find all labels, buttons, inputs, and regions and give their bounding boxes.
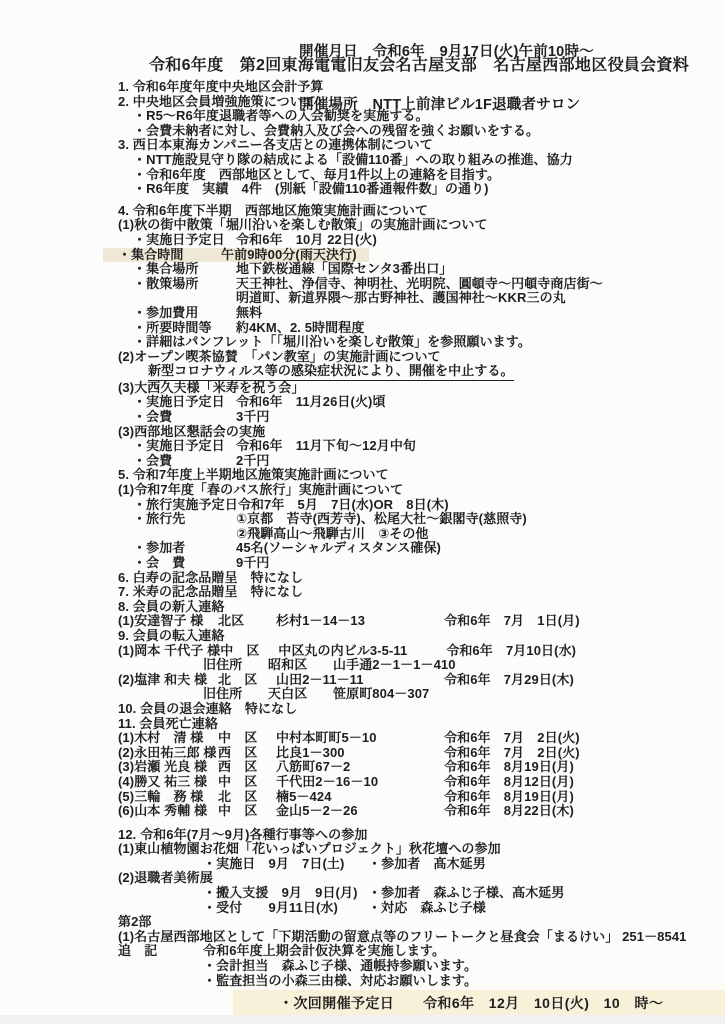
- line-segment: ・R5～R6年度退職者等への入会勧奨を実施する。: [133, 109, 429, 124]
- line-segment: 八筋町67－2: [276, 760, 444, 775]
- line-segment: (3)大西久夫様「米寿を祝う会」: [118, 381, 305, 396]
- line-segment: 6. 白寿の記念品贈呈 特になし: [118, 571, 303, 586]
- line-segment: 北 区: [218, 790, 276, 805]
- doc-line: (1)令和7年度「春のバス旅行」実施計画について: [118, 483, 719, 498]
- doc-line: ・集合場所地下鉄桜通線「国際センタ3番出口」: [118, 262, 719, 277]
- doc-line: ・参加費用無料: [118, 306, 719, 321]
- scanned-document: { "colors": { "paper": "#fcfcfa", "ink":…: [0, 0, 725, 1024]
- doc-line: ・散策場所天王神社、浄信寺、神明社、光明院、圓頓寺～円頓寺商店街～: [118, 277, 719, 292]
- doc-line: 7. 米寿の記念品贈呈 特になし: [118, 585, 719, 600]
- line-segment: 2. 中央地区会員増強施策について: [118, 95, 316, 110]
- line-segment: ・実施日予定日: [133, 233, 236, 248]
- line-segment: 旧住所: [203, 658, 268, 673]
- doc-line: (3)岩瀬 光良 様西 区八筋町67－2令和6年 8月19日(月): [118, 760, 719, 775]
- line-segment: 金山5－2－26: [276, 804, 444, 819]
- line-segment: (1)名古屋西部地区として「下期活動の留意点等のフリートークと昼食会「まるけい」…: [118, 930, 687, 945]
- document-page: 開催月日 令和6年 9月17日(火)午前10時～ 開催場所 NTT上前津ビル1F…: [0, 0, 725, 1024]
- doc-line: (2)塩津 和夫 様北 区山田2－11－11令和6年 7月29日(木): [118, 673, 719, 688]
- doc-line: (1)木村 清 様中 区中村本町町5－10令和6年 7月 2日(火): [118, 731, 719, 746]
- line-segment: 3千円: [236, 410, 270, 425]
- line-segment: 10. 会員の退会連絡 特になし: [118, 702, 297, 717]
- line-segment: 千代田2－16－10: [276, 775, 444, 790]
- doc-line: ・詳細はパンフレット「「堀川沿いを楽しむ散策」を参照願います。: [118, 335, 719, 350]
- line-segment: 11. 会員死亡連絡: [118, 717, 218, 732]
- line-segment: ・参加費用: [133, 306, 236, 321]
- doc-line: ・会費未納者に対し、会費納入及び会への残留を強くお願いをする。: [118, 124, 719, 139]
- line-segment: 地下鉄桜通線「国際センタ3番出口」: [236, 262, 452, 277]
- line-segment: 追 記: [118, 944, 203, 959]
- doc-line: (1)名古屋西部地区として「下期活動の留意点等のフリートークと昼食会「まるけい」…: [118, 930, 719, 945]
- line-segment: 7. 米寿の記念品贈呈 特になし: [118, 585, 303, 600]
- line-segment: 中 区: [218, 775, 276, 790]
- line-segment: ・参加者: [133, 541, 236, 556]
- doc-line: ・所要時間等約4KM、2. 5時間程度: [118, 321, 719, 336]
- line-segment: 北 区: [218, 673, 276, 688]
- line-segment: 45名(ソーシャルディスタンス確保): [236, 541, 441, 556]
- line-segment: 令和6年 11月26日(火)頃: [236, 395, 386, 410]
- doc-line: (4)勝又 祐三 様中 区千代田2－16－10令和6年 8月12日(月): [118, 775, 719, 790]
- line-segment: 令和6年 8月22日(木): [444, 804, 574, 819]
- line-segment: 笹原町804－307: [333, 687, 429, 702]
- doc-line: (2)オープン喫茶協賛 「パン教室」の実施計画について: [118, 350, 719, 365]
- doc-line: ・実施日予定日令和6年 11月26日(火)頃: [118, 395, 719, 410]
- line-segment: 第2部: [118, 915, 152, 930]
- doc-line: ・旅行実施予定日令和7年 5月 7日(水)OR 8日(木): [118, 498, 719, 513]
- doc-line: ・搬入支援 9月 9日(月)・参加者 森ふじ子様、髙木延男: [118, 886, 719, 901]
- line-segment: (5)三輪 務 様: [118, 790, 218, 805]
- line-segment: 中村本町町5－10: [276, 731, 444, 746]
- doc-line: 旧住所天白区笹原町804－307: [118, 687, 719, 702]
- line-segment: 杉村1－14－13: [276, 614, 444, 629]
- line-segment: ①京都 苔寺(西芳寺)、松尾大社～銀閣寺(慈照寺): [236, 512, 527, 527]
- line-segment: 中 区: [220, 644, 278, 659]
- doc-line: (3)大西久夫様「米寿を祝う会」: [118, 381, 719, 396]
- line-segment: 2千円: [236, 454, 270, 469]
- doc-line: (1)安達智子 様北区杉村1－14－13令和6年 7月 1日(月): [118, 614, 719, 629]
- doc-line: 新型コロナウィルス等の感染症状況により、開催を中止する。: [118, 364, 719, 381]
- line-segment: 令和6年 7月 2日(火): [444, 746, 580, 761]
- doc-line: ・実施日予定日令和6年 11月下旬～12月中旬: [118, 439, 719, 454]
- doc-line: 10. 会員の退会連絡 特になし: [118, 702, 719, 717]
- line-segment: 比良1－300: [276, 746, 444, 761]
- doc-line: (1)岡本 千代子 様中 区中区丸の内ビル3-5-11令和6年 7月10日(水): [118, 644, 719, 659]
- doc-line: 明道町、新道界隈～那古野神社、護国神社～KKR三の丸: [118, 291, 719, 306]
- line-segment: 8. 会員の新入連絡: [118, 600, 224, 615]
- line-segment: ・令和6年度 西部地区として、毎月1件以上の連絡を目指す。: [133, 168, 500, 183]
- line-segment: 西 区: [218, 760, 276, 775]
- line-segment: ・受付 9月11日(水): [203, 901, 368, 916]
- doc-line: ・集合時間午前9時00分(雨天決行): [103, 248, 369, 263]
- line-segment: ・旅行先: [133, 512, 236, 527]
- line-segment: 令和6年 11月下旬～12月中旬: [236, 439, 416, 454]
- line-segment: ・監査担当の小森三由様、対応お願いします。: [203, 974, 477, 989]
- line-segment: (1)令和7年度「春のバス旅行」実施計画について: [118, 483, 403, 498]
- doc-line: ・参加者45名(ソーシャルディスタンス確保): [118, 541, 719, 556]
- line-segment: ・散策場所: [133, 277, 236, 292]
- line-segment: (1)岡本 千代子 様: [118, 644, 220, 659]
- line-segment: (1)安達智子 様: [118, 614, 218, 629]
- line-segment: (2)オープン喫茶協賛 「パン教室」の実施計画について: [118, 350, 441, 365]
- next-meeting-note: ・次回開催予定日 令和6年 12月 10日(火) 10 時～: [233, 990, 725, 1017]
- line-segment: ・対応 森ふじ子様: [368, 901, 486, 916]
- doc-line: 8. 会員の新入連絡: [118, 600, 719, 615]
- next-meeting-label: ・次回開催予定日: [279, 995, 394, 1011]
- line-segment: 中区丸の内ビル3-5-11: [278, 644, 446, 659]
- doc-line: 12. 令和6年(7月～9月)各種行事等への参加: [118, 828, 719, 843]
- line-segment: 山田2－11－11: [276, 673, 444, 688]
- doc-line: (2)退職者美術展: [118, 871, 719, 886]
- line-segment: ・会費: [133, 410, 236, 425]
- line-segment: 令和7年 5月 7日(水)OR 8日(木): [238, 498, 449, 513]
- line-segment: 令和6年 7月10日(水): [446, 644, 576, 659]
- doc-line: ・令和6年度 西部地区として、毎月1件以上の連絡を目指す。: [118, 168, 719, 183]
- doc-line: (1)東山植物園お花畑「花いっぱいプロジェクト」秋花壇への参加: [118, 842, 719, 857]
- doc-line: 11. 会員死亡連絡: [118, 717, 719, 732]
- doc-line: ・NTT施設見守り隊の結成による「設備110番」への取り組みの推進、協力: [118, 153, 719, 168]
- doc-line: ・受付 9月11日(水)・対応 森ふじ子様: [118, 901, 719, 916]
- doc-line: 2. 中央地区会員増強施策について: [118, 95, 719, 110]
- line-segment: (2)塩津 和夫 様: [118, 673, 218, 688]
- line-segment: 中 区: [218, 731, 276, 746]
- line-segment: 旧住所: [203, 687, 268, 702]
- line-segment: 新型コロナウィルス等の感染症状況により、開催を中止する。: [148, 364, 514, 381]
- line-segment: (6)山本 秀輔 様: [118, 804, 218, 819]
- line-segment: 9千円: [236, 556, 270, 571]
- next-meeting-gap: [394, 995, 423, 1011]
- line-segment: 令和6年 7月 1日(月): [444, 614, 580, 629]
- line-segment: ・R6年度 実績 4件 (別紙「設備110番通報件数」の通り): [133, 182, 489, 197]
- line-segment: (2)永田祐三郎 様: [118, 746, 218, 761]
- line-segment: (1)東山植物園お花畑「花いっぱいプロジェクト」秋花壇への参加: [118, 842, 501, 857]
- doc-line: ・会計担当 森ふじ子様、通帳持参願います。: [118, 959, 719, 974]
- line-segment: 令和6年 7月29日(木): [444, 673, 574, 688]
- line-segment: ・搬入支援 9月 9日(月): [203, 886, 368, 901]
- line-segment: 令和6年度上期会計仮決算を実施します。: [203, 944, 445, 959]
- line-segment: 12. 令和6年(7月～9月)各種行事等への参加: [118, 828, 367, 843]
- line-segment: 4. 令和6年度下半期 西部地区施策実施計画について: [118, 204, 428, 219]
- doc-line: 第2部: [118, 915, 719, 930]
- line-segment: ②飛騨高山～飛騨古川 ③その他: [236, 527, 429, 542]
- line-segment: ・会費: [133, 454, 236, 469]
- doc-line: ・会費2千円: [118, 454, 719, 469]
- doc-line: 9. 会員の転入連絡: [118, 629, 719, 644]
- doc-line: ②飛騨高山～飛騨古川 ③その他: [118, 527, 719, 542]
- doc-line: ・R5～R6年度退職者等への入会勧奨を実施する。: [118, 109, 719, 124]
- line-segment: (3)岩瀬 光良 様: [118, 760, 218, 775]
- doc-line: ・実施日予定日令和6年 10月 22日(火): [118, 233, 719, 248]
- line-segment: (1)木村 清 様: [118, 731, 218, 746]
- line-segment: ・会費未納者に対し、会費納入及び会への残留を強くお願いをする。: [133, 124, 539, 139]
- doc-line: ・監査担当の小森三由様、対応お願いします。: [118, 974, 719, 989]
- line-segment: ・実施日 9月 7日(土): [203, 857, 368, 872]
- line-segment: 令和6年 10月 22日(火): [236, 233, 377, 248]
- line-segment: (2)退職者美術展: [118, 871, 213, 886]
- line-segment: 午前9時00分(雨天決行): [221, 248, 357, 263]
- page-title: 令和6年度 第2回東海電電旧友会名古屋支部 名古屋西部地区役員会資料: [149, 52, 689, 75]
- doc-line: ・実施日 9月 7日(土)・参加者 髙木延男: [118, 857, 719, 872]
- line-segment: 北区: [218, 614, 276, 629]
- doc-line: 6. 白寿の記念品贈呈 特になし: [118, 571, 719, 586]
- line-segment: 約4KM、2. 5時間程度: [236, 321, 364, 336]
- line-segment: 令和6年 8月12日(月): [444, 775, 574, 790]
- line-segment: ・集合時間: [118, 248, 221, 263]
- line-segment: ・実施日予定日: [133, 395, 236, 410]
- doc-line: (2)永田祐三郎 様西 区比良1－300令和6年 7月 2日(火): [118, 746, 719, 761]
- line-segment: ・NTT施設見守り隊の結成による「設備110番」への取り組みの推進、協力: [133, 153, 573, 168]
- doc-line: 旧住所昭和区山手通2－1－1－410: [118, 658, 719, 673]
- doc-line: ・旅行先①京都 苔寺(西芳寺)、松尾大社～銀閣寺(慈照寺): [118, 512, 719, 527]
- line-segment: 西 区: [218, 746, 276, 761]
- doc-line: 5. 令和7年度上半期地区施策実施計画について: [118, 468, 719, 483]
- line-segment: ・旅行実施予定日: [133, 498, 238, 513]
- line-segment: 令和6年 7月 2日(火): [444, 731, 580, 746]
- doc-line: (6)山本 秀輔 様中 区金山5－2－26令和6年 8月22日(木): [118, 804, 719, 819]
- line-segment: 1. 令和6年度年度中央地区会計予算: [118, 80, 323, 95]
- line-segment: 中 区: [218, 804, 276, 819]
- line-segment: ・会 費: [133, 556, 236, 571]
- line-segment: 5. 令和7年度上半期地区施策実施計画について: [118, 468, 389, 483]
- doc-line: (5)三輪 務 様北 区楠5－424令和6年 8月19日(月): [118, 790, 719, 805]
- line-segment: ・参加者 森ふじ子様、髙木延男: [368, 886, 565, 901]
- doc-line: 4. 令和6年度下半期 西部地区施策実施計画について: [118, 204, 719, 219]
- line-segment: 明道町、新道界隈～那古野神社、護国神社～KKR三の丸: [236, 291, 566, 306]
- line-segment: 天白区: [268, 687, 333, 702]
- line-segment: 昭和区: [268, 658, 333, 673]
- scan-edge-shadow: [0, 1015, 725, 1024]
- line-segment: (1)秋の街中散策「堀川沿いを楽しむ散策」の実施計画について: [118, 218, 488, 233]
- doc-line: 1. 令和6年度年度中央地区会計予算: [118, 80, 719, 95]
- line-segment: ・所要時間等: [133, 321, 236, 336]
- line-segment: 楠5－424: [276, 790, 444, 805]
- doc-line: 3. 西日本東海カンパニー各支店との連携体制について: [118, 138, 719, 153]
- next-meeting-value: 令和6年 12月 10日(火) 10 時～: [423, 995, 663, 1011]
- line-segment: ・詳細はパンフレット「「堀川沿いを楽しむ散策」を参照願います。: [133, 335, 531, 350]
- document-body: 1. 令和6年度年度中央地区会計予算2. 中央地区会員増強施策について・R5～R…: [118, 80, 719, 988]
- line-segment: 3. 西日本東海カンパニー各支店との連携体制について: [118, 138, 433, 153]
- doc-line: ・会 費9千円: [118, 556, 719, 571]
- doc-line: (1)秋の街中散策「堀川沿いを楽しむ散策」の実施計画について: [118, 218, 719, 233]
- line-segment: ・会計担当 森ふじ子様、通帳持参願います。: [203, 959, 477, 974]
- line-segment: 令和6年 8月19日(月): [444, 760, 574, 775]
- doc-line: (3)西部地区懇話会の実施: [118, 425, 719, 440]
- doc-line: ・会費3千円: [118, 410, 719, 425]
- line-segment: (3)西部地区懇話会の実施: [118, 425, 265, 440]
- line-segment: 9. 会員の転入連絡: [118, 629, 224, 644]
- line-segment: ・集合場所: [133, 262, 236, 277]
- line-segment: ・参加者 髙木延男: [368, 857, 486, 872]
- doc-line: ・R6年度 実績 4件 (別紙「設備110番通報件数」の通り): [118, 182, 719, 197]
- line-segment: (4)勝又 祐三 様: [118, 775, 218, 790]
- line-segment: 無料: [236, 306, 262, 321]
- line-segment: 天王神社、浄信寺、神明社、光明院、圓頓寺～円頓寺商店街～: [236, 277, 603, 292]
- doc-line: 追 記令和6年度上期会計仮決算を実施します。: [118, 944, 719, 959]
- line-segment: ・実施日予定日: [133, 439, 236, 454]
- line-segment: 山手通2－1－1－410: [333, 658, 456, 673]
- line-segment: 令和6年 8月19日(月): [444, 790, 574, 805]
